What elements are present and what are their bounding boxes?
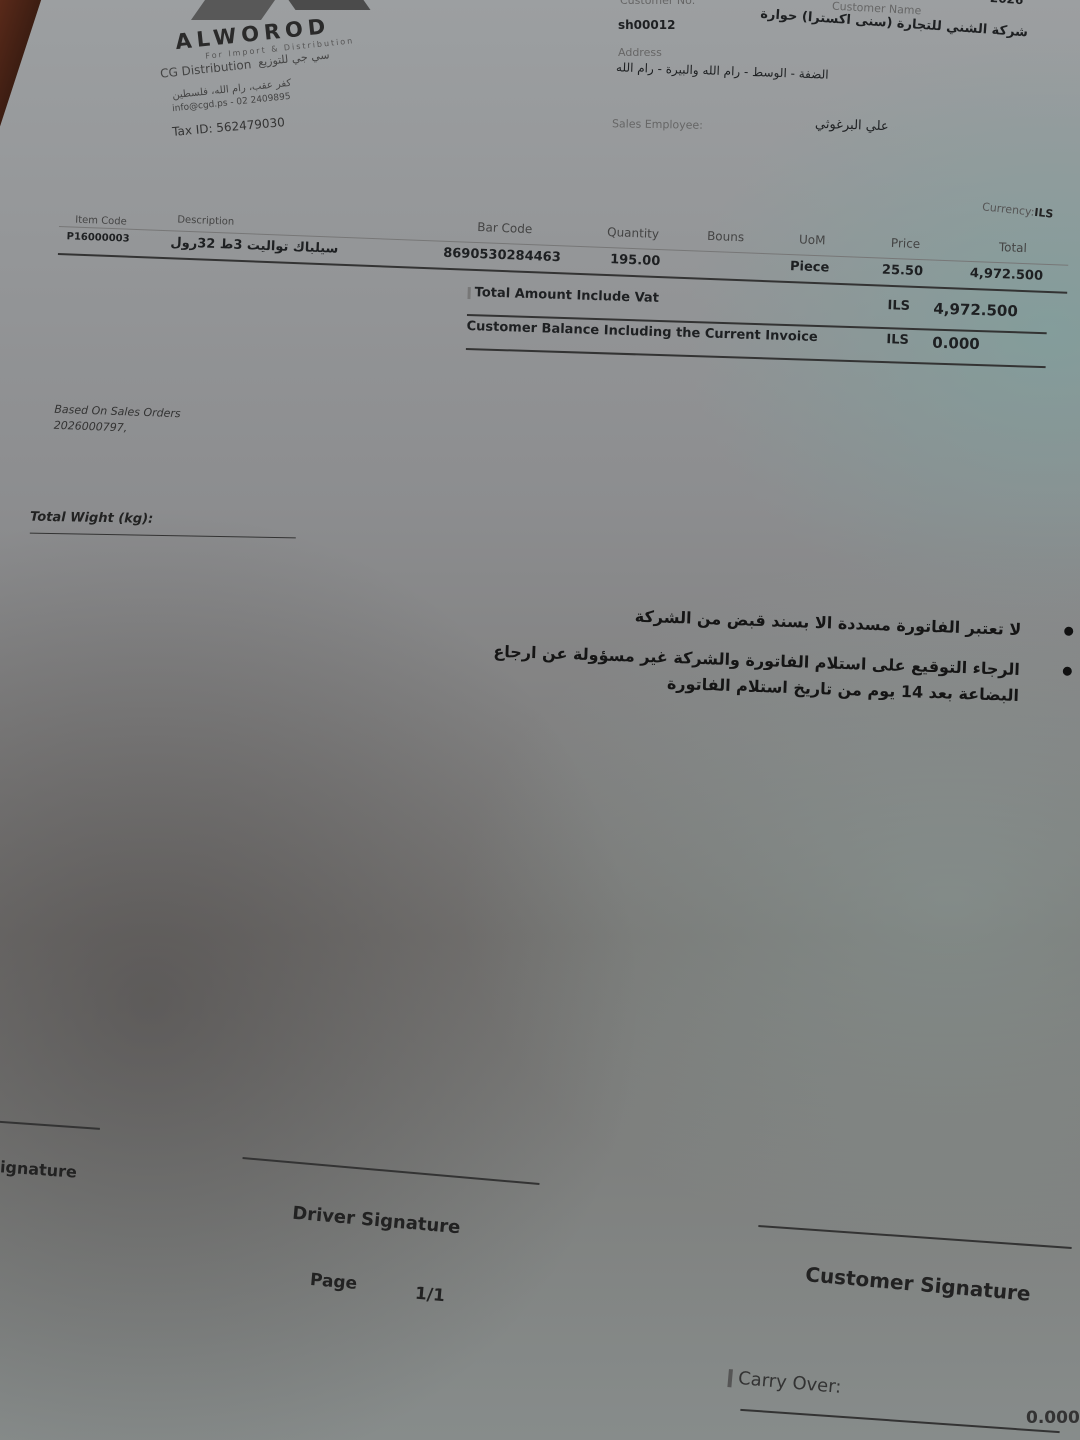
note-item: الرجاء التوقيع على استلام الفاتورة والشر…: [469, 638, 1050, 710]
cell-description: سيلباك تواليت 3ط 32رول: [170, 235, 338, 256]
page-number: 1/1: [414, 1284, 446, 1307]
driver-signature-label: Driver Signature: [291, 1203, 461, 1239]
total-weight-label: Total Wight (kg):: [30, 510, 296, 539]
customer-balance-value: 0.000: [932, 334, 980, 353]
invoice-year: 2026: [990, 0, 1024, 7]
cell-item-code: P16000003: [66, 231, 129, 244]
carry-over: Carry Over:: [727, 1367, 842, 1398]
customer-no: sh00012: [618, 18, 675, 32]
col-quantity: Quantity: [607, 225, 659, 241]
carry-over-line: [740, 1409, 1059, 1433]
col-description: Description: [177, 215, 234, 228]
balance-currency: ILS: [886, 332, 909, 348]
sales-employee-label: Sales Employee:: [612, 117, 703, 132]
cell-price: 25.50: [882, 263, 924, 280]
totals-block: Total Amount Include Vat ILS 4,972.500 C…: [466, 282, 1048, 368]
customer-signature-line: [758, 1225, 1071, 1249]
signature-label-left: ignature: [0, 1157, 77, 1181]
tax-id: Tax ID: 562479030: [172, 115, 286, 139]
based-on-sales-orders: Based On Sales Orders 2026000797,: [53, 402, 180, 438]
customer-no-label: Customer No.: [620, 0, 695, 7]
invoice-notes: لا تعتبر الفاتورة مسددة الا بسند قبض من …: [468, 598, 1051, 724]
customer-address: الضفة - الوسط - رام الله والبيرة - رام ا…: [616, 60, 829, 81]
currency: Currency:ILS: [982, 200, 1054, 220]
address-label: Address: [618, 46, 662, 59]
col-bouns: Bouns: [707, 229, 745, 244]
currency-value: ILS: [1034, 206, 1054, 221]
note-item: لا تعتبر الفاتورة مسددة الا بسند قبض من …: [471, 598, 1052, 644]
total-amount-label: Total Amount Include Vat: [474, 285, 659, 306]
items-table: Item Code Description Bar Code Quantity …: [58, 200, 1069, 294]
driver-signature-line: [242, 1157, 539, 1185]
col-total: Total: [999, 240, 1028, 255]
col-item-code: Item Code: [75, 215, 127, 228]
col-price: Price: [891, 236, 921, 251]
carry-over-value: 0.000: [1026, 1408, 1080, 1428]
cell-bar-code: 8690530284463: [443, 246, 561, 266]
page-label: Page: [309, 1270, 358, 1294]
signature-line: [0, 1120, 100, 1130]
customer-signature-label: Customer Signature: [804, 1262, 1031, 1306]
total-amount-value: 4,972.500: [933, 300, 1018, 321]
total-currency: ILS: [887, 298, 910, 314]
carry-over-label: Carry Over:: [737, 1368, 842, 1398]
cell-quantity: 195.00: [610, 252, 661, 269]
cell-uom: Piece: [790, 259, 830, 275]
currency-label: Currency:: [982, 200, 1036, 218]
col-uom: UoM: [799, 232, 826, 247]
col-bar-code: Bar Code: [477, 220, 533, 236]
sales-employee: علي البرغوثي: [815, 117, 889, 135]
cell-total: 4,972.500: [970, 266, 1044, 284]
invoice-page: ALWOROD For Import & Distribution CG Dis…: [0, 0, 1080, 1440]
